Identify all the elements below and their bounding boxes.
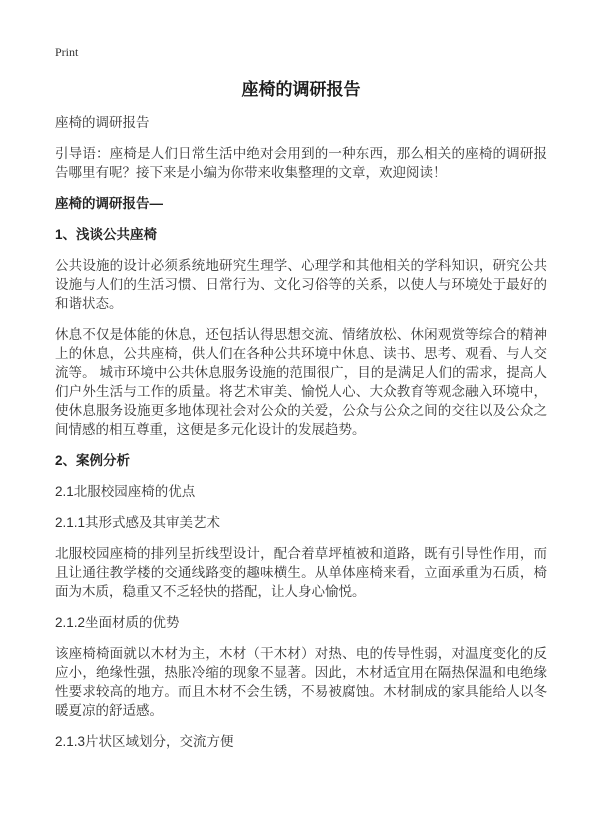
document-subtitle: 座椅的调研报告 bbox=[55, 113, 547, 132]
document-page: Print 座椅的调研报告 座椅的调研报告 引导语：座椅是人们日常生活中绝对会用… bbox=[0, 0, 600, 828]
subsection-2-1-1-paragraph: 北服校园座椅的排列呈折线型设计，配合着草坪植被和道路，既有引导性作用，而且让通往… bbox=[55, 544, 547, 601]
section-2-heading: 2、案例分析 bbox=[55, 451, 547, 470]
document-title: 座椅的调研报告 bbox=[55, 79, 547, 101]
subsection-2-1-3-heading: 2.1.3片状区域划分，交流方便 bbox=[55, 732, 547, 751]
report-part-heading: 座椅的调研报告— bbox=[55, 194, 547, 213]
subsection-2-1-1-heading: 2.1.1其形式感及其审美艺术 bbox=[55, 513, 547, 532]
section-1-heading: 1、浅谈公共座椅 bbox=[55, 225, 547, 244]
intro-paragraph: 引导语：座椅是人们日常生活中绝对会用到的一种东西，那么相关的座椅的调研报告哪里有… bbox=[55, 144, 547, 182]
print-link[interactable]: Print bbox=[55, 45, 547, 59]
subsection-2-1-2-heading: 2.1.2坐面材质的优势 bbox=[55, 613, 547, 632]
section-1-paragraph-1: 公共设施的设计必须系统地研究生理学、心理学和其他相关的学科知识，研究公共设施与人… bbox=[55, 256, 547, 313]
section-1-paragraph-2: 休息不仅是体能的休息，还包括认得思想交流、情绪放松、休闲观赏等综合的精神上的休息… bbox=[55, 325, 547, 439]
subsection-2-1-heading: 2.1北服校园座椅的优点 bbox=[55, 482, 547, 501]
subsection-2-1-2-paragraph: 该座椅椅面就以木材为主，木材（干木材）对热、电的传导性弱，对温度变化的反应小，绝… bbox=[55, 644, 547, 720]
